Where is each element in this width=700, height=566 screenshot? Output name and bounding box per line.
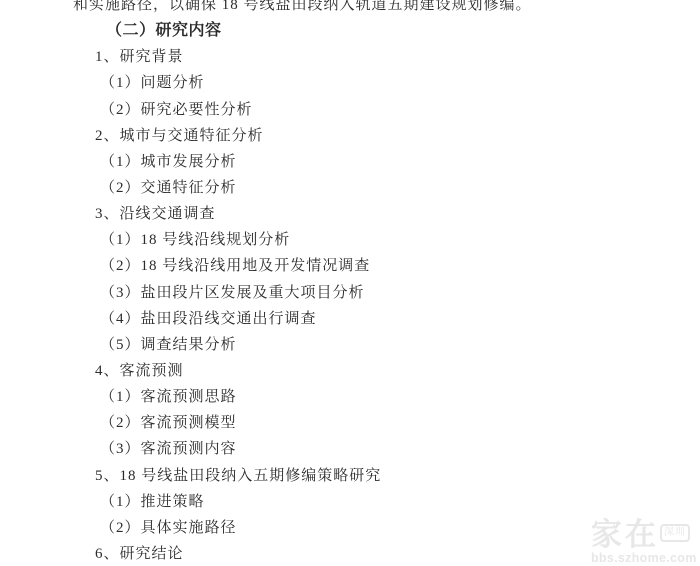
outline-item: （1）问题分析 — [100, 70, 700, 96]
outline-item: （1）推进策略 — [100, 489, 700, 515]
outline-item: （5）调查结果分析 — [100, 332, 700, 358]
outline-item: 2、城市与交通特征分析 — [95, 123, 700, 149]
outline-item: （1）城市发展分析 — [100, 149, 700, 175]
watermark-site-url: bbs.szhome.com — [591, 551, 699, 565]
paragraph-continuation-line: 和实施路径，以确保 18 号线盐田段纳入轨道五期建设规划修编。 — [73, 0, 700, 18]
watermark-logo: 家在 深圳 — [591, 519, 699, 550]
outline-list: 1、研究背景（1）问题分析（2）研究必要性分析2、城市与交通特征分析（1）城市发… — [0, 44, 700, 566]
outline-item: （3）客流预测内容 — [100, 436, 700, 462]
outline-item: （1）18 号线沿线规划分析 — [100, 227, 700, 253]
outline-item: （1）客流预测思路 — [100, 384, 700, 410]
watermark-city-badge: 深圳 — [660, 524, 690, 542]
outline-item: （2）研究必要性分析 — [100, 97, 700, 123]
section-heading: （二）研究内容 — [106, 18, 700, 44]
outline-item: 3、沿线交通调查 — [95, 201, 700, 227]
outline-item: （2）交通特征分析 — [100, 175, 700, 201]
outline-item: （2）18 号线沿线用地及开发情况调查 — [100, 253, 700, 279]
szhome-watermark: 家在 深圳 bbs.szhome.com — [591, 519, 699, 565]
outline-item: 4、客流预测 — [95, 358, 700, 384]
outline-item: （3）盐田段片区发展及重大项目分析 — [100, 280, 700, 306]
outline-item: 5、18 号线盐田段纳入五期修编策略研究 — [95, 463, 700, 489]
watermark-main-text: 家在 — [591, 519, 659, 550]
document-page: 和实施路径，以确保 18 号线盐田段纳入轨道五期建设规划修编。 （二）研究内容 … — [0, 0, 700, 566]
outline-item: （4）盐田段沿线交通出行调查 — [100, 306, 700, 332]
outline-item: （2）客流预测模型 — [100, 410, 700, 436]
outline-item: 1、研究背景 — [95, 44, 700, 70]
